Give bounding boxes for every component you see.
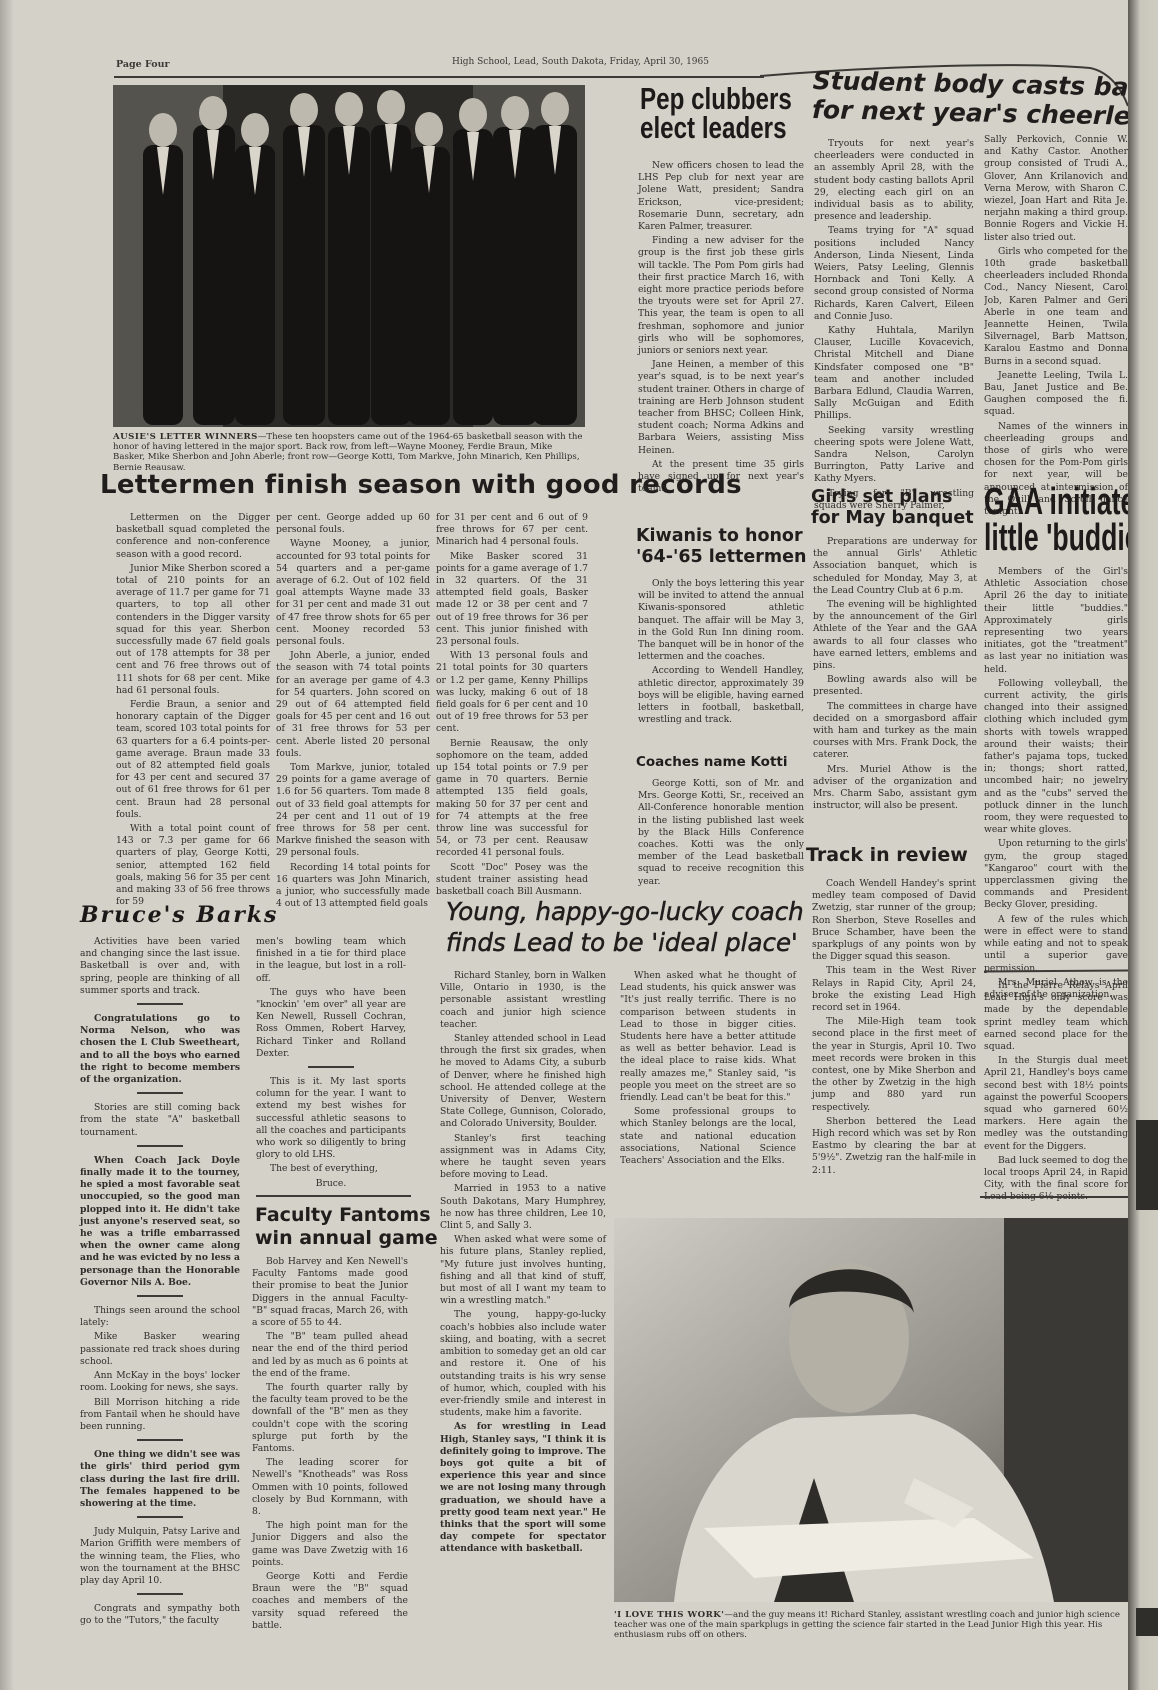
headline-line: elect leaders <box>640 113 792 142</box>
lettermen-caption: AUSIE'S LETTER WINNERS—These ten hoopste… <box>113 432 585 473</box>
paragraph: Following volleyball, the current activi… <box>984 678 1128 837</box>
paragraph: Preparations are underway for the annual… <box>813 536 977 597</box>
paragraph: In the Pierre Relays April Lead High's o… <box>984 980 1128 1053</box>
paragraph: George Kotti and Ferdie Braun were the "… <box>252 1571 408 1632</box>
headline-line: Young, happy-go-lucky coach <box>446 896 804 927</box>
track-col-1: Coach Wendell Handey's sprint medley tea… <box>812 878 976 1179</box>
paragraph: A few of the rules which were in effect … <box>984 914 1128 975</box>
lettermen-col-2: per cent. George added up 60 personal fo… <box>276 512 430 913</box>
paragraph: The "B" team pulled ahead near the end o… <box>252 1331 408 1380</box>
paragraph: At the present time 35 girls have signed… <box>638 459 804 496</box>
headline-line: Girls set plans <box>811 487 974 508</box>
paragraph: Stanley's first teaching assignment was … <box>440 1133 606 1182</box>
paragraph: When asked what he thought of Lead stude… <box>620 970 796 1104</box>
section-separator <box>137 1593 183 1595</box>
paragraph: Members of the Girl's Athletic Associati… <box>984 566 1128 676</box>
headline-line: Pep clubbers <box>640 84 792 113</box>
paragraph: per cent. George added up 60 personal fo… <box>276 512 430 536</box>
paragraph: Bill Morrison hitching a ride from Fanta… <box>80 1397 240 1434</box>
portrait-photo-icon <box>614 1218 1128 1602</box>
paragraph: New officers chosen to lead the LHS Pep … <box>638 160 804 233</box>
paragraph: Wayne Mooney, a junior, accounted for 93… <box>276 538 430 648</box>
section-separator <box>137 1295 183 1297</box>
barks-col-2: men's bowling team which finished in a t… <box>256 936 406 1190</box>
paragraph: Some professional groups to which Stanle… <box>620 1106 796 1167</box>
paragraph: With a total point count of 143 or 7.3 p… <box>116 823 270 908</box>
paragraph: Jane Heinen, a member of this year's squ… <box>638 359 804 457</box>
paragraph: Mike Basker wearing passionate red track… <box>80 1331 240 1368</box>
paragraph: The Mile-High team took second place in … <box>812 1016 976 1114</box>
stanley-headline: Young, happy-go-lucky coach finds Lead t… <box>446 896 804 958</box>
paragraph: Bowling awards also will be presented. <box>813 674 977 698</box>
cheer-col-1: Tryouts for next year's cheerleaders wer… <box>814 138 974 514</box>
paragraph: When asked what were some of his future … <box>440 1234 606 1307</box>
headline-line: finds Lead to be 'ideal place' <box>446 927 804 958</box>
stanley-photo <box>614 1218 1128 1602</box>
kiwanis-headline: Kiwanis to honor '64-'65 lettermen <box>636 526 806 568</box>
lettermen-col-3: for 31 per cent and 6 out of 9 free thro… <box>436 512 588 900</box>
kotti-body: George Kotti, son of Mr. and Mrs. George… <box>638 778 804 890</box>
paragraph: The leading scorer for Newell's "Knothea… <box>252 1457 408 1518</box>
paragraph: Married in 1953 to a native South Dakota… <box>440 1183 606 1232</box>
paragraph: George Kotti, son of Mr. and Mrs. George… <box>638 778 804 888</box>
paragraph: This team in the West River Relays in Ra… <box>812 965 976 1014</box>
faculty-headline: Faculty Fantoms win annual game <box>255 1204 438 1250</box>
dateline: High School, Lead, South Dakota, Friday,… <box>452 57 709 67</box>
paragraph: Judy Mulquin, Patsy Larive and Marion Gr… <box>80 1526 240 1587</box>
cheer-col-2: Sally Perkovich, Connie W. and Kathy Cas… <box>984 134 1128 520</box>
caption-lead: 'I LOVE THIS WORK' <box>614 1610 724 1620</box>
paragraph: Lettermen on the Digger basketball squad… <box>116 512 270 561</box>
paragraph: Sherbon bettered the Lead High record wh… <box>812 1116 976 1177</box>
paragraph: Bob Harvey and Ken Newell's Faculty Fant… <box>252 1256 408 1329</box>
section-separator <box>137 1516 183 1518</box>
paragraph: Stanley attended school in Lead through … <box>440 1033 606 1131</box>
paragraph: Upon returning to the girls' gym, the gr… <box>984 838 1128 911</box>
paragraph: John Aberle, a junior, ended the season … <box>276 650 430 760</box>
paragraph: Ann McKay in the boys' locker room. Look… <box>80 1370 240 1394</box>
paragraph: Teams trying for "A" squad positions inc… <box>814 225 974 323</box>
paragraph: Richard Stanley, born in Walken Ville, O… <box>440 970 606 1031</box>
paragraph: Tryouts for next year's cheerleaders wer… <box>814 138 974 223</box>
stanley-col-2: When asked what he thought of Lead stude… <box>620 970 796 1169</box>
paragraph: Ferdie Braun, a senior and honorary capt… <box>116 699 270 821</box>
paragraph: Scott "Doc" Posey was the student traine… <box>436 862 588 899</box>
section-separator <box>137 1439 183 1441</box>
paragraph: The young, happy-go-lucky coach's hobbie… <box>440 1309 606 1419</box>
paragraph: Congrats and sympathy both go to the "Tu… <box>80 1603 240 1627</box>
headline-line: win annual game <box>255 1227 438 1250</box>
paragraph: Mrs. Muriel Athow is the adviser of the … <box>813 764 977 813</box>
headline-line: Faculty Fantoms <box>255 1204 438 1227</box>
page-label: Page Four <box>116 59 170 70</box>
paragraph: Only the boys lettering this year will b… <box>638 578 804 663</box>
paragraph: Kathy Huhtala, Marilyn Clauser, Lucille … <box>814 325 974 423</box>
paragraph: As for wrestling in Lead High, Stanley s… <box>440 1421 606 1555</box>
paragraph: When Coach Jack Doyle finally made it to… <box>80 1155 240 1289</box>
cheer-headline: Student body casts ballots for next year… <box>812 66 1158 132</box>
track-headline: Track in review <box>806 846 968 865</box>
lettermen-photo <box>113 85 585 427</box>
headline-line: '64-'65 lettermen <box>636 547 806 568</box>
paragraph: Girls who competed for the 10th grade ba… <box>984 246 1128 368</box>
paragraph: In the Sturgis dual meet April 21, Handl… <box>984 1055 1128 1153</box>
paragraph: This is it. My last sports column for th… <box>256 1076 406 1161</box>
section-separator <box>137 1092 183 1094</box>
paragraph: The high point man for the Junior Digger… <box>252 1520 408 1569</box>
barks-headline: Bruce's Barks <box>80 902 278 928</box>
adjacent-page-edge <box>1128 0 1158 1690</box>
stanley-caption: 'I LOVE THIS WORK'—and the guy means it!… <box>614 1610 1128 1641</box>
paragraph: Finding a new adviser for the group is t… <box>638 235 804 357</box>
paragraph: The evening will be highlighted by the a… <box>813 599 977 672</box>
newspaper-page: Page Four High School, Lead, South Dakot… <box>0 0 1128 1690</box>
paragraph: Activities have been varied and changing… <box>80 936 240 997</box>
paragraph: The fourth quarter rally by the faculty … <box>252 1382 408 1455</box>
section-separator <box>308 1066 354 1068</box>
barks-col-1: Activities have been varied and changing… <box>80 936 240 1630</box>
masthead-rule <box>114 76 764 78</box>
kotti-headline: Coaches name Kotti <box>636 756 787 770</box>
pep-headline: Pep clubbers elect leaders <box>640 84 792 143</box>
paragraph: Bernie Reausaw, the only sophomore on th… <box>436 738 588 860</box>
paragraph: One thing we didn't see was the girls' t… <box>80 1449 240 1510</box>
paragraph: The guys who have been "knockin' 'em ove… <box>256 987 406 1060</box>
section-separator <box>137 1003 183 1005</box>
girls-banquet-body: Preparations are underway for the annual… <box>813 536 977 814</box>
paragraph: Jeanette Leeling, Twila L. Bau, Janet Ju… <box>984 370 1128 419</box>
pep-body: New officers chosen to lead the LHS Pep … <box>638 160 804 497</box>
faculty-body: Bob Harvey and Ken Newell's Faculty Fant… <box>252 1256 408 1634</box>
headline-line: for next year's cheerleaders <box>812 95 1158 132</box>
paragraph: Coach Wendell Handey's sprint medley tea… <box>812 878 976 963</box>
paragraph: for 31 per cent and 6 out of 9 free thro… <box>436 512 588 549</box>
girls-banquet-headline: Girls set plans for May banquet <box>811 487 974 529</box>
lettermen-col-1: Lettermen on the Digger basketball squad… <box>116 512 270 911</box>
paragraph: Sally Perkovich, Connie W. and Kathy Cas… <box>984 134 1128 244</box>
section-separator <box>137 1145 183 1147</box>
paragraph: The best of everything, <box>256 1163 406 1175</box>
paragraph: According to Wendell Handley, athletic d… <box>638 665 804 726</box>
paragraph: Stories are still coming back from the s… <box>80 1102 240 1139</box>
kiwanis-body: Only the boys lettering this year will b… <box>638 578 804 728</box>
team-photo-icon <box>113 85 585 427</box>
headline-line: for May banquet <box>811 508 974 529</box>
paragraph: Tom Markve, junior, totaled 29 points fo… <box>276 762 430 860</box>
paragraph: With 13 personal fouls and 21 total poin… <box>436 650 588 735</box>
headline-line: Kiwanis to honor <box>636 526 806 547</box>
paragraph: men's bowling team which finished in a t… <box>256 936 406 985</box>
gaa-body: Members of the Girl's Athletic Associati… <box>984 566 1128 1003</box>
barks-signature: Bruce. <box>256 1178 406 1190</box>
paragraph: Junior Mike Sherbon scored a total of 21… <box>116 563 270 697</box>
paragraph: Mike Basker scored 31 points for a game … <box>436 551 588 649</box>
paragraph: Seeking varsity wrestling cheering spots… <box>814 425 974 486</box>
paragraph: Things seen around the school lately: <box>80 1305 240 1329</box>
paragraph: Congratulations go to Norma Nelson, who … <box>80 1013 240 1086</box>
paragraph: Recording 14 total points for 16 quarter… <box>276 862 430 911</box>
stanley-col-1: Richard Stanley, born in Walken Ville, O… <box>440 970 606 1558</box>
track-col-2: In the Pierre Relays April Lead High's o… <box>984 980 1128 1206</box>
paragraph: The committees in charge have decided on… <box>813 701 977 762</box>
caption-lead: AUSIE'S LETTER WINNERS <box>113 432 258 442</box>
